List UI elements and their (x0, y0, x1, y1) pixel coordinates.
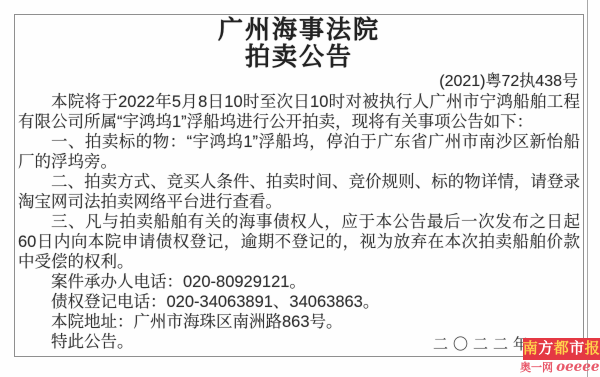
paragraph-intro: 本院将于2022年5月8日10时至次日10时对被执行人广州市宁鸿船舶工程有限公司… (18, 92, 580, 132)
notice-title: 拍卖公告 (18, 44, 580, 71)
paragraph-court-address: 本院地址：广州市海珠区南洲路863号。 (18, 312, 580, 332)
court-name: 广州海事法院 (18, 17, 580, 44)
paragraph-item-3: 三、凡与拍卖船舶有关的海事债权人，应于本公告最后一次发布之日起60日内向本院申请… (18, 212, 580, 272)
newspaper-name-char: 方 (538, 338, 554, 360)
website-brand: oeeee (556, 359, 599, 375)
newspaper-name-char: 南 (523, 338, 539, 360)
paragraph-item-1: 一、拍卖标的物：“宇鸿坞1”浮船坞，停泊于广东省广州市南沙区新怡船厂的浮坞旁。 (18, 132, 580, 172)
newspaper-column-rule (587, 0, 588, 377)
newspaper-name-char: 报 (585, 338, 600, 360)
issue-date: 二〇二二年 (433, 333, 533, 354)
website-watermark: 奥一网 oeeee.com (520, 360, 600, 377)
paragraph-item-2: 二、拍卖方式、竞买人条件、拍卖时间、竞价规则、标的物详情，请登录淘宝网司法拍卖网… (18, 172, 580, 212)
case-number: (2021)粤72执438号 (18, 71, 580, 92)
newspaper-name-char: 都 (554, 338, 570, 360)
paragraph-registration-contact: 债权登记电话：020-34063891、34063863。 (18, 292, 580, 312)
newspaper-name-char: 市 (569, 338, 585, 360)
website-name: 奥一网 (520, 362, 553, 374)
newspaper-clipping: 广州海事法院 拍卖公告 (2021)粤72执438号 本院将于2022年5月8日… (0, 0, 600, 377)
newspaper-logo-badge: 南方都市报 (523, 338, 600, 360)
notice-body: 本院将于2022年5月8日10时至次日10时对被执行人广州市宁鸿船舶工程有限公司… (18, 92, 580, 352)
paragraph-case-contact: 案件承办人电话：020-80929121。 (18, 272, 580, 292)
auction-notice-box: 广州海事法院 拍卖公告 (2021)粤72执438号 本院将于2022年5月8日… (14, 14, 584, 357)
